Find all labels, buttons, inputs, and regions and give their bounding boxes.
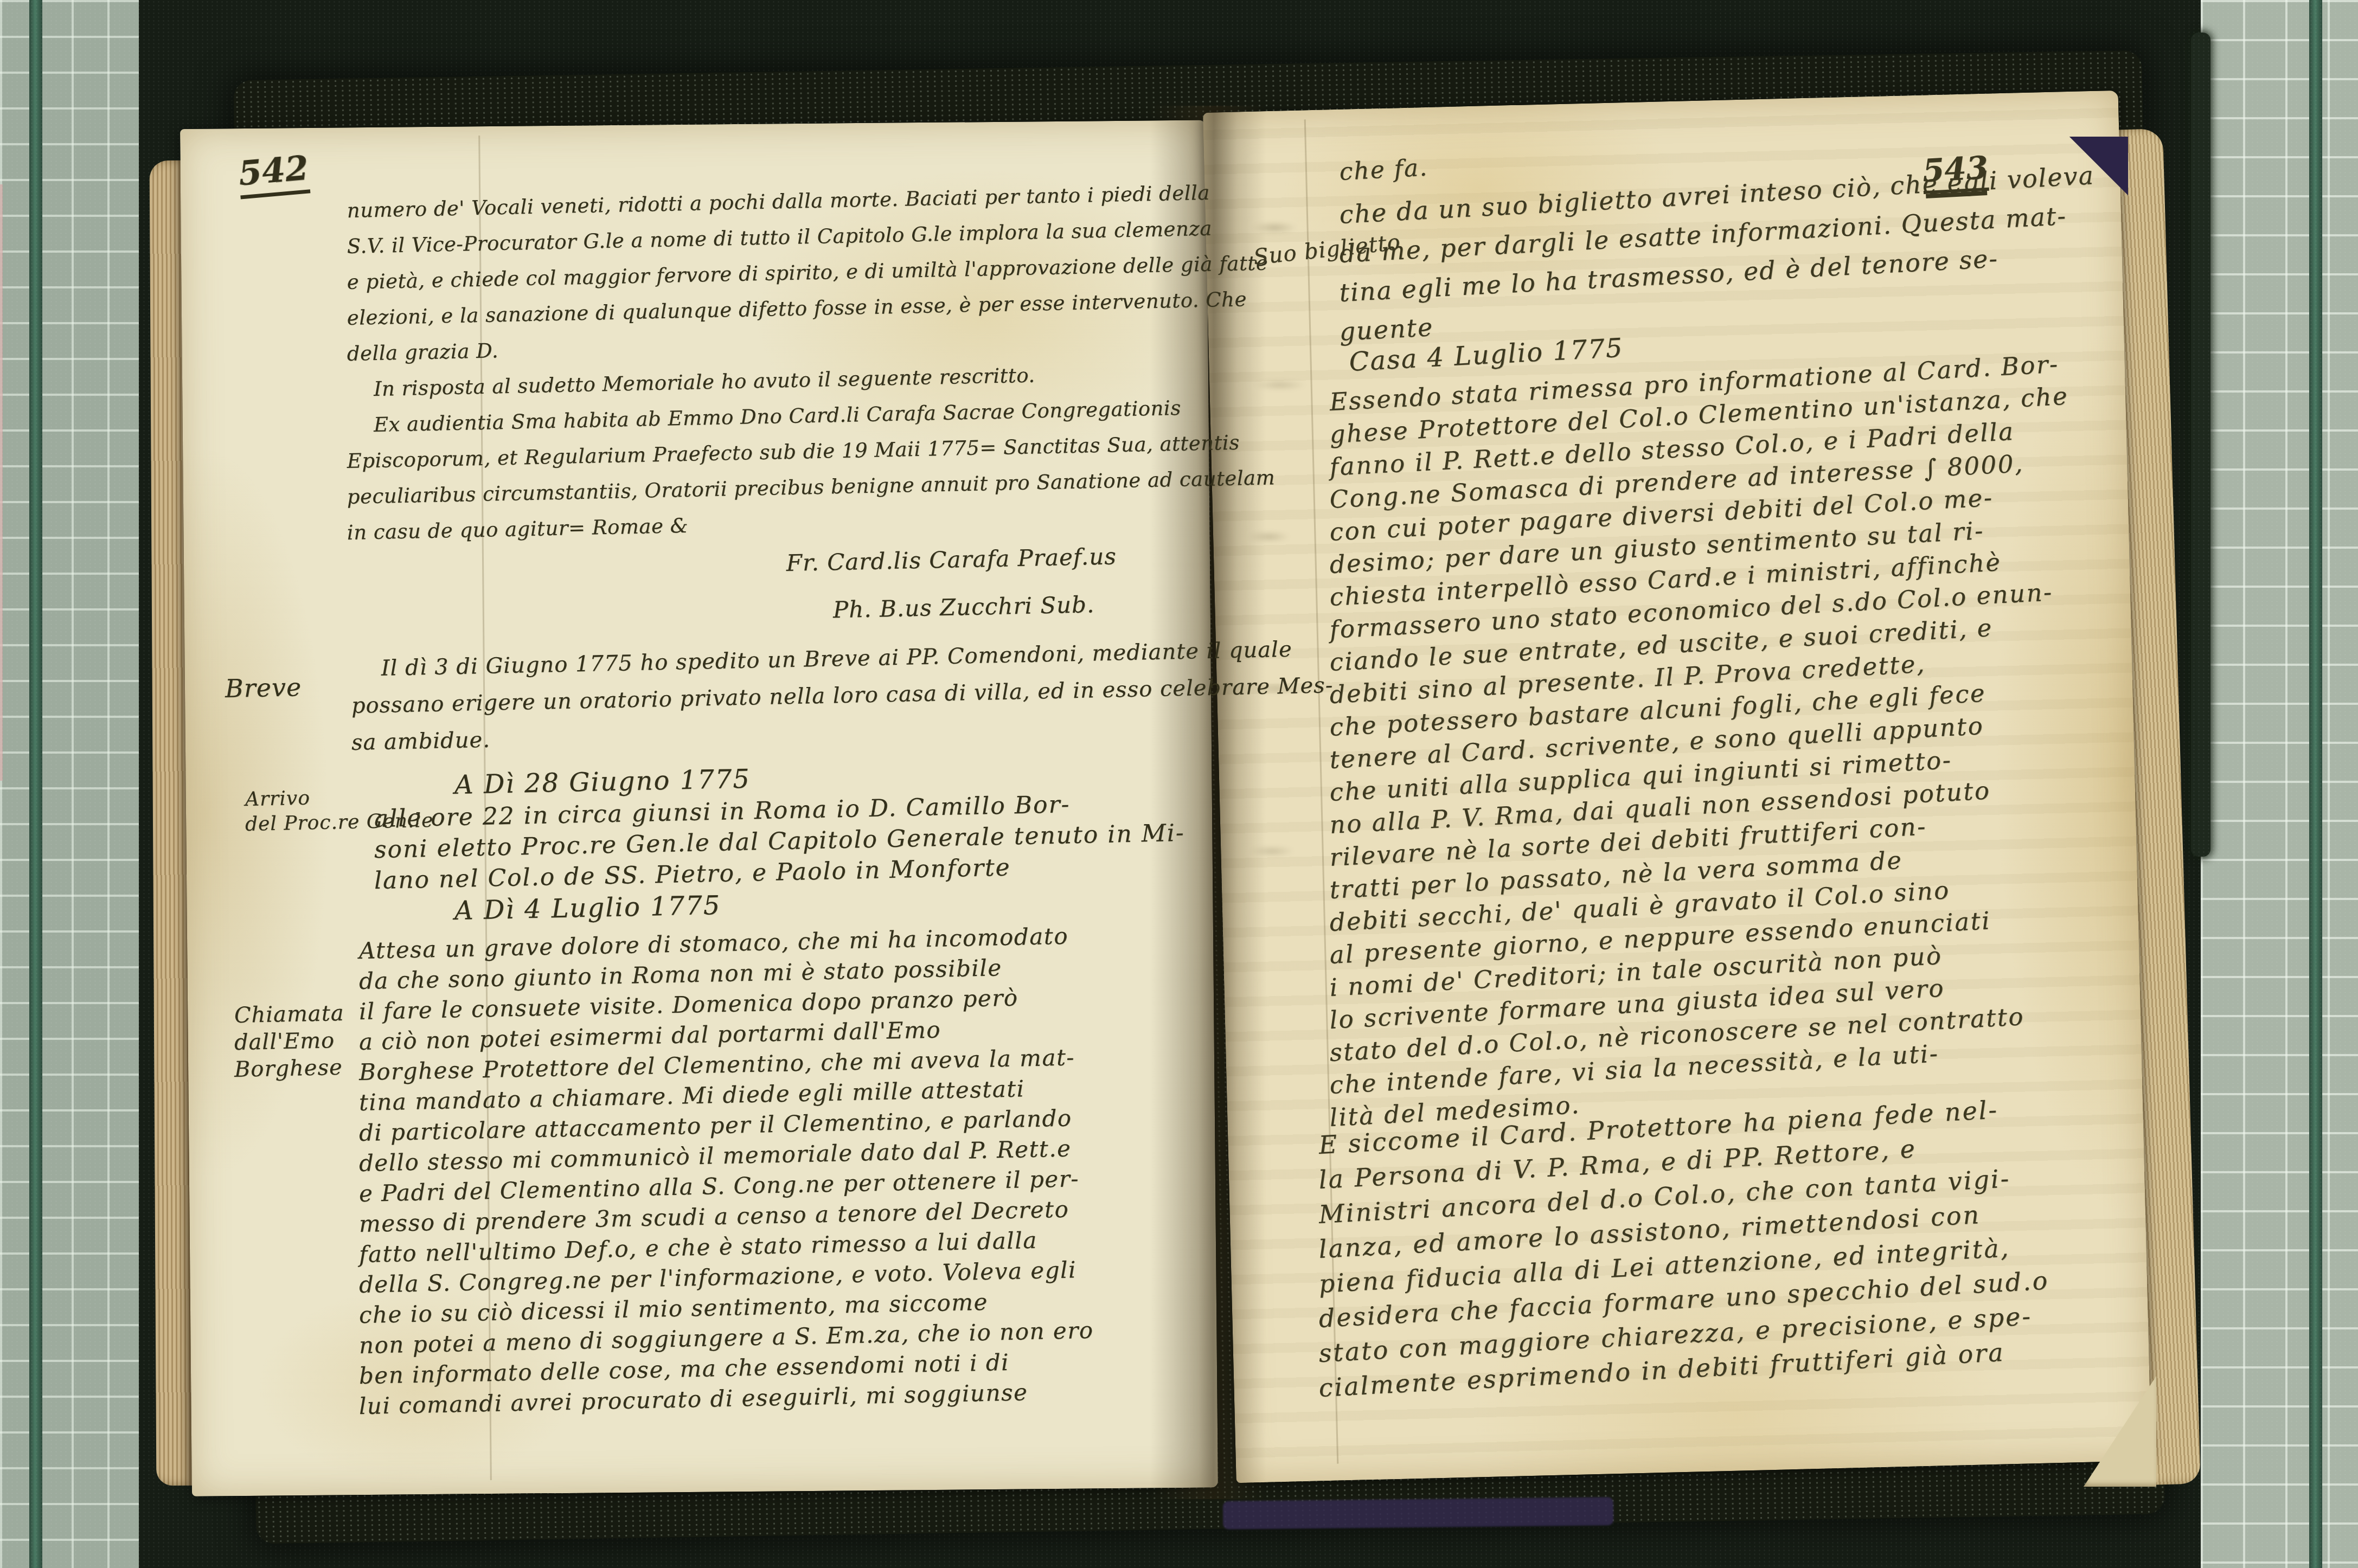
casa-letter-paragraph: Essendo stata rimessa pro informatione a…	[1330, 386, 2069, 1134]
manuscript-line: Fr. Card.lis Carafa Praef.us	[786, 532, 1117, 587]
july4-paragraph: Attesa un grave dolore di stomaco, che m…	[359, 936, 1094, 1422]
breve-paragraph: Il dì 3 di Giugno 1775 ho spedito un Bre…	[351, 651, 1334, 761]
board-edge-shadow	[2191, 33, 2210, 857]
carryover-line: che fa.	[1338, 153, 1428, 185]
margin-note-breve: Breve	[225, 673, 302, 702]
calibration-grid-right	[2201, 0, 2358, 1568]
pink-edge-sliver	[0, 184, 3, 781]
margin-note-chiamata: Chiamatadall'EmoBorghese	[234, 1002, 344, 1083]
closing-paragraph: E siccome il Card. Protettore ha piena f…	[1319, 1128, 2050, 1405]
mounting-rod-left	[29, 0, 42, 1568]
left-page-number: 542	[237, 148, 311, 200]
heading-28-june-1775: A Dì 28 Giugno 1775	[454, 764, 751, 800]
archival-photo: { "colors": { "backdrop": "#161d15", "pa…	[0, 0, 2358, 1568]
rescript-signatures: Fr. Card.lis Carafa Praef.us Ph. B.us Zu…	[786, 539, 1117, 635]
arrivo-paragraph: alle ore 22 in circa giunsi in Roma io D…	[374, 804, 1185, 896]
manuscript-line: dall'Emo	[234, 1027, 344, 1056]
biglietto-paragraph: che da un suo biglietto avrei inteso ciò…	[1340, 195, 2096, 351]
cover-purple-bottom-strip	[1223, 1497, 1614, 1530]
manuscript-line: Borghese	[234, 1054, 344, 1083]
manuscript-line: Ph. B.us Zucchri Sub.	[786, 580, 1117, 635]
calibration-grid-left	[0, 0, 139, 1568]
heading-4-july-1775: A Dì 4 Luglio 1775	[454, 890, 721, 926]
mounting-rod-right	[2309, 0, 2322, 1568]
manuscript-line: Chiamata	[234, 1000, 344, 1029]
left-opening-paragraphs: numero de' Vocali veneti, ridotti a poch…	[347, 193, 1276, 551]
